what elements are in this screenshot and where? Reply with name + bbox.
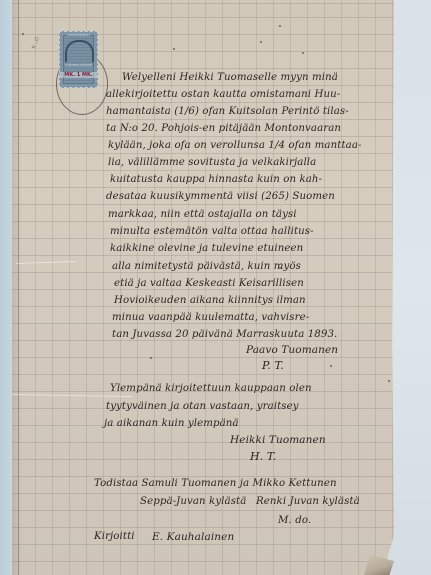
ink-speck [173,48,175,50]
ink-speck [22,33,24,35]
body-line: hamantaista (1/6) ofan Kuitsolan Perintö… [106,106,349,117]
buyer-line: ja aikanan kuin ylempänä [104,418,239,429]
body-line: minua vaanpää kuulematta, vahvisre- [112,312,309,323]
ink-speck [279,25,281,27]
body-line: Welyelleni Heikki Tuomaselle myyn minä [122,72,338,83]
buyer-mark: H. T. [250,450,276,463]
body-line: kuitatusta kauppa hinnasta kuin on kah- [110,174,322,185]
witness-line: Todistaa Samuli Tuomanen ja Mikko Kettun… [94,478,337,489]
witness-right-abbr: M. do. [278,515,311,526]
stamp-crest-icon [65,40,94,62]
backdrop [392,0,431,575]
ink-speck [330,365,332,367]
stamp-value: MK. 1 MK. [60,72,97,78]
ink-speck [388,380,390,382]
body-line: ta N:o 20. Pohjois-en pitäjään Montonvaa… [106,123,341,134]
buyer-signature: Heikki Tuomanen [230,434,326,446]
witness-right-role: Renki Juvan kylästä [256,496,360,507]
writer-label: Kirjoitti [94,531,135,542]
body-line: kylään, joka ofa on verollunsa 1/4 ofan … [108,140,362,151]
seller-signature: Paavo Tuomanen [246,344,338,356]
ink-speck [302,52,304,54]
body-line: allekirjoitettu ostan kautta omistamani … [106,89,340,100]
body-line: alla nimitetystä päivästä, kuin myös [112,261,301,272]
body-line: lia, välillämme sovitusta ja velkakirjal… [108,157,316,168]
body-line: etiä ja valtaa Keskeasti Keisarillisen [114,278,304,289]
ink-speck [279,267,281,269]
body-line: tan Juvassa 20 päivänä Marraskuuta 1893. [112,329,337,340]
buyer-line: tyytyväinen ja otan vastaan, yraitsey [106,401,299,412]
buyer-line: Ylempänä kirjoitettuun kauppaan olen [110,383,312,394]
margin-line [18,0,19,575]
stamp-mid-text: STÄMPELMÄRKE [62,63,95,67]
ink-speck [260,41,262,43]
witness-left-role: Seppä-Juvan kylästä [140,496,246,507]
ink-speck [150,357,152,359]
body-line: kaikkine olevine ja tulevine etuineen [110,243,303,254]
body-line: minulta estemätön valta ottaa hallitus- [110,226,314,237]
stamp-top-text: LEIMAMERKKI [62,33,95,37]
revenue-stamp: LEIMAMERKKI STÄMPELMÄRKE MK. 1 MK. [59,31,98,88]
writer-name: E. Kauhalainen [152,531,234,543]
seller-mark: P. T. [262,359,284,372]
body-line: Hovioikeuden aikana kiinnitys ilman [114,295,306,306]
body-line: desataa kuusikymmentä viisi (265) Suomen [106,191,335,202]
body-line: markkaa, niin että ostajalla on täysi [108,209,297,220]
